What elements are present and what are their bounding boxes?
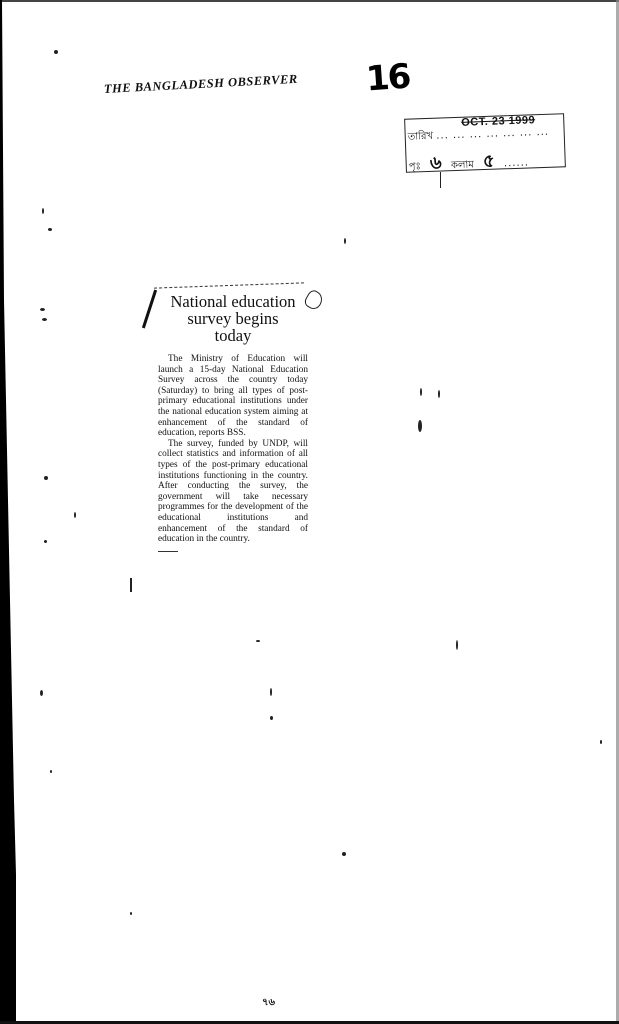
handwritten-page-number: 16	[365, 57, 411, 100]
scan-speck	[48, 228, 52, 231]
bottom-handwritten-mark: ৭৬	[262, 995, 275, 1012]
scan-speck	[438, 390, 440, 398]
scan-speck	[74, 512, 76, 518]
stamp-page-value: ৬	[430, 153, 442, 174]
article-top-rule	[154, 282, 304, 288]
scan-speck	[418, 420, 422, 432]
stamp-column-value: ৫	[483, 151, 495, 172]
scan-edge-top	[0, 0, 619, 2]
scan-speck	[600, 740, 602, 744]
pen-mark-icon	[142, 290, 157, 329]
headline-line-1: National education	[158, 293, 308, 310]
archive-stamp: OCT. 23 1999 তারিখ ... ... ... ... ... .…	[404, 113, 566, 173]
stamp-tick-mark	[440, 172, 441, 188]
scan-speck	[256, 640, 260, 642]
scan-edge-left	[0, 0, 16, 1024]
stamp-date-row: তারিখ ... ... ... ... ... ... ...	[407, 125, 549, 147]
newspaper-masthead: THE BANGLADESH OBSERVER	[104, 72, 298, 97]
stamp-dots-2: ......	[504, 157, 529, 169]
article-paragraph: The Ministry of Education will launch a …	[158, 354, 308, 439]
scanned-page: THE BANGLADESH OBSERVER 16 OCT. 23 1999 …	[0, 0, 619, 1024]
scan-speck	[40, 690, 43, 696]
stamp-page-label: পৃঃ	[409, 161, 422, 172]
scan-speck	[342, 852, 346, 856]
scan-speck	[44, 476, 48, 480]
scan-speck	[270, 688, 272, 696]
article-paragraph: The survey, funded by UNDP, will collect…	[158, 439, 308, 545]
scan-speck	[54, 50, 58, 54]
scan-speck	[130, 912, 132, 915]
scan-speck	[42, 318, 47, 321]
scan-speck	[270, 716, 273, 720]
scan-mark	[130, 578, 132, 592]
scan-speck	[50, 770, 52, 773]
stamp-dots: ... ... ... ... ... ... ...	[436, 127, 549, 142]
article-headline: National education survey begins today	[158, 293, 308, 344]
scan-speck	[344, 238, 346, 244]
scan-speck	[420, 388, 422, 396]
headline-line-3: today	[158, 327, 308, 344]
scan-speck	[40, 308, 45, 311]
stamp-page-row: পৃঃ ৬ কলাম ৫ ......	[408, 145, 529, 180]
stamp-column-label: কলাম	[451, 159, 474, 171]
article-body: The Ministry of Education will launch a …	[158, 354, 308, 552]
scan-speck	[42, 208, 44, 214]
scan-speck	[456, 640, 458, 650]
scan-speck	[44, 540, 47, 543]
news-article: National education survey begins today T…	[158, 285, 308, 552]
article-end-rule	[158, 551, 178, 552]
stamp-date-label: তারিখ	[408, 131, 434, 143]
headline-line-2: survey begins	[158, 310, 308, 327]
